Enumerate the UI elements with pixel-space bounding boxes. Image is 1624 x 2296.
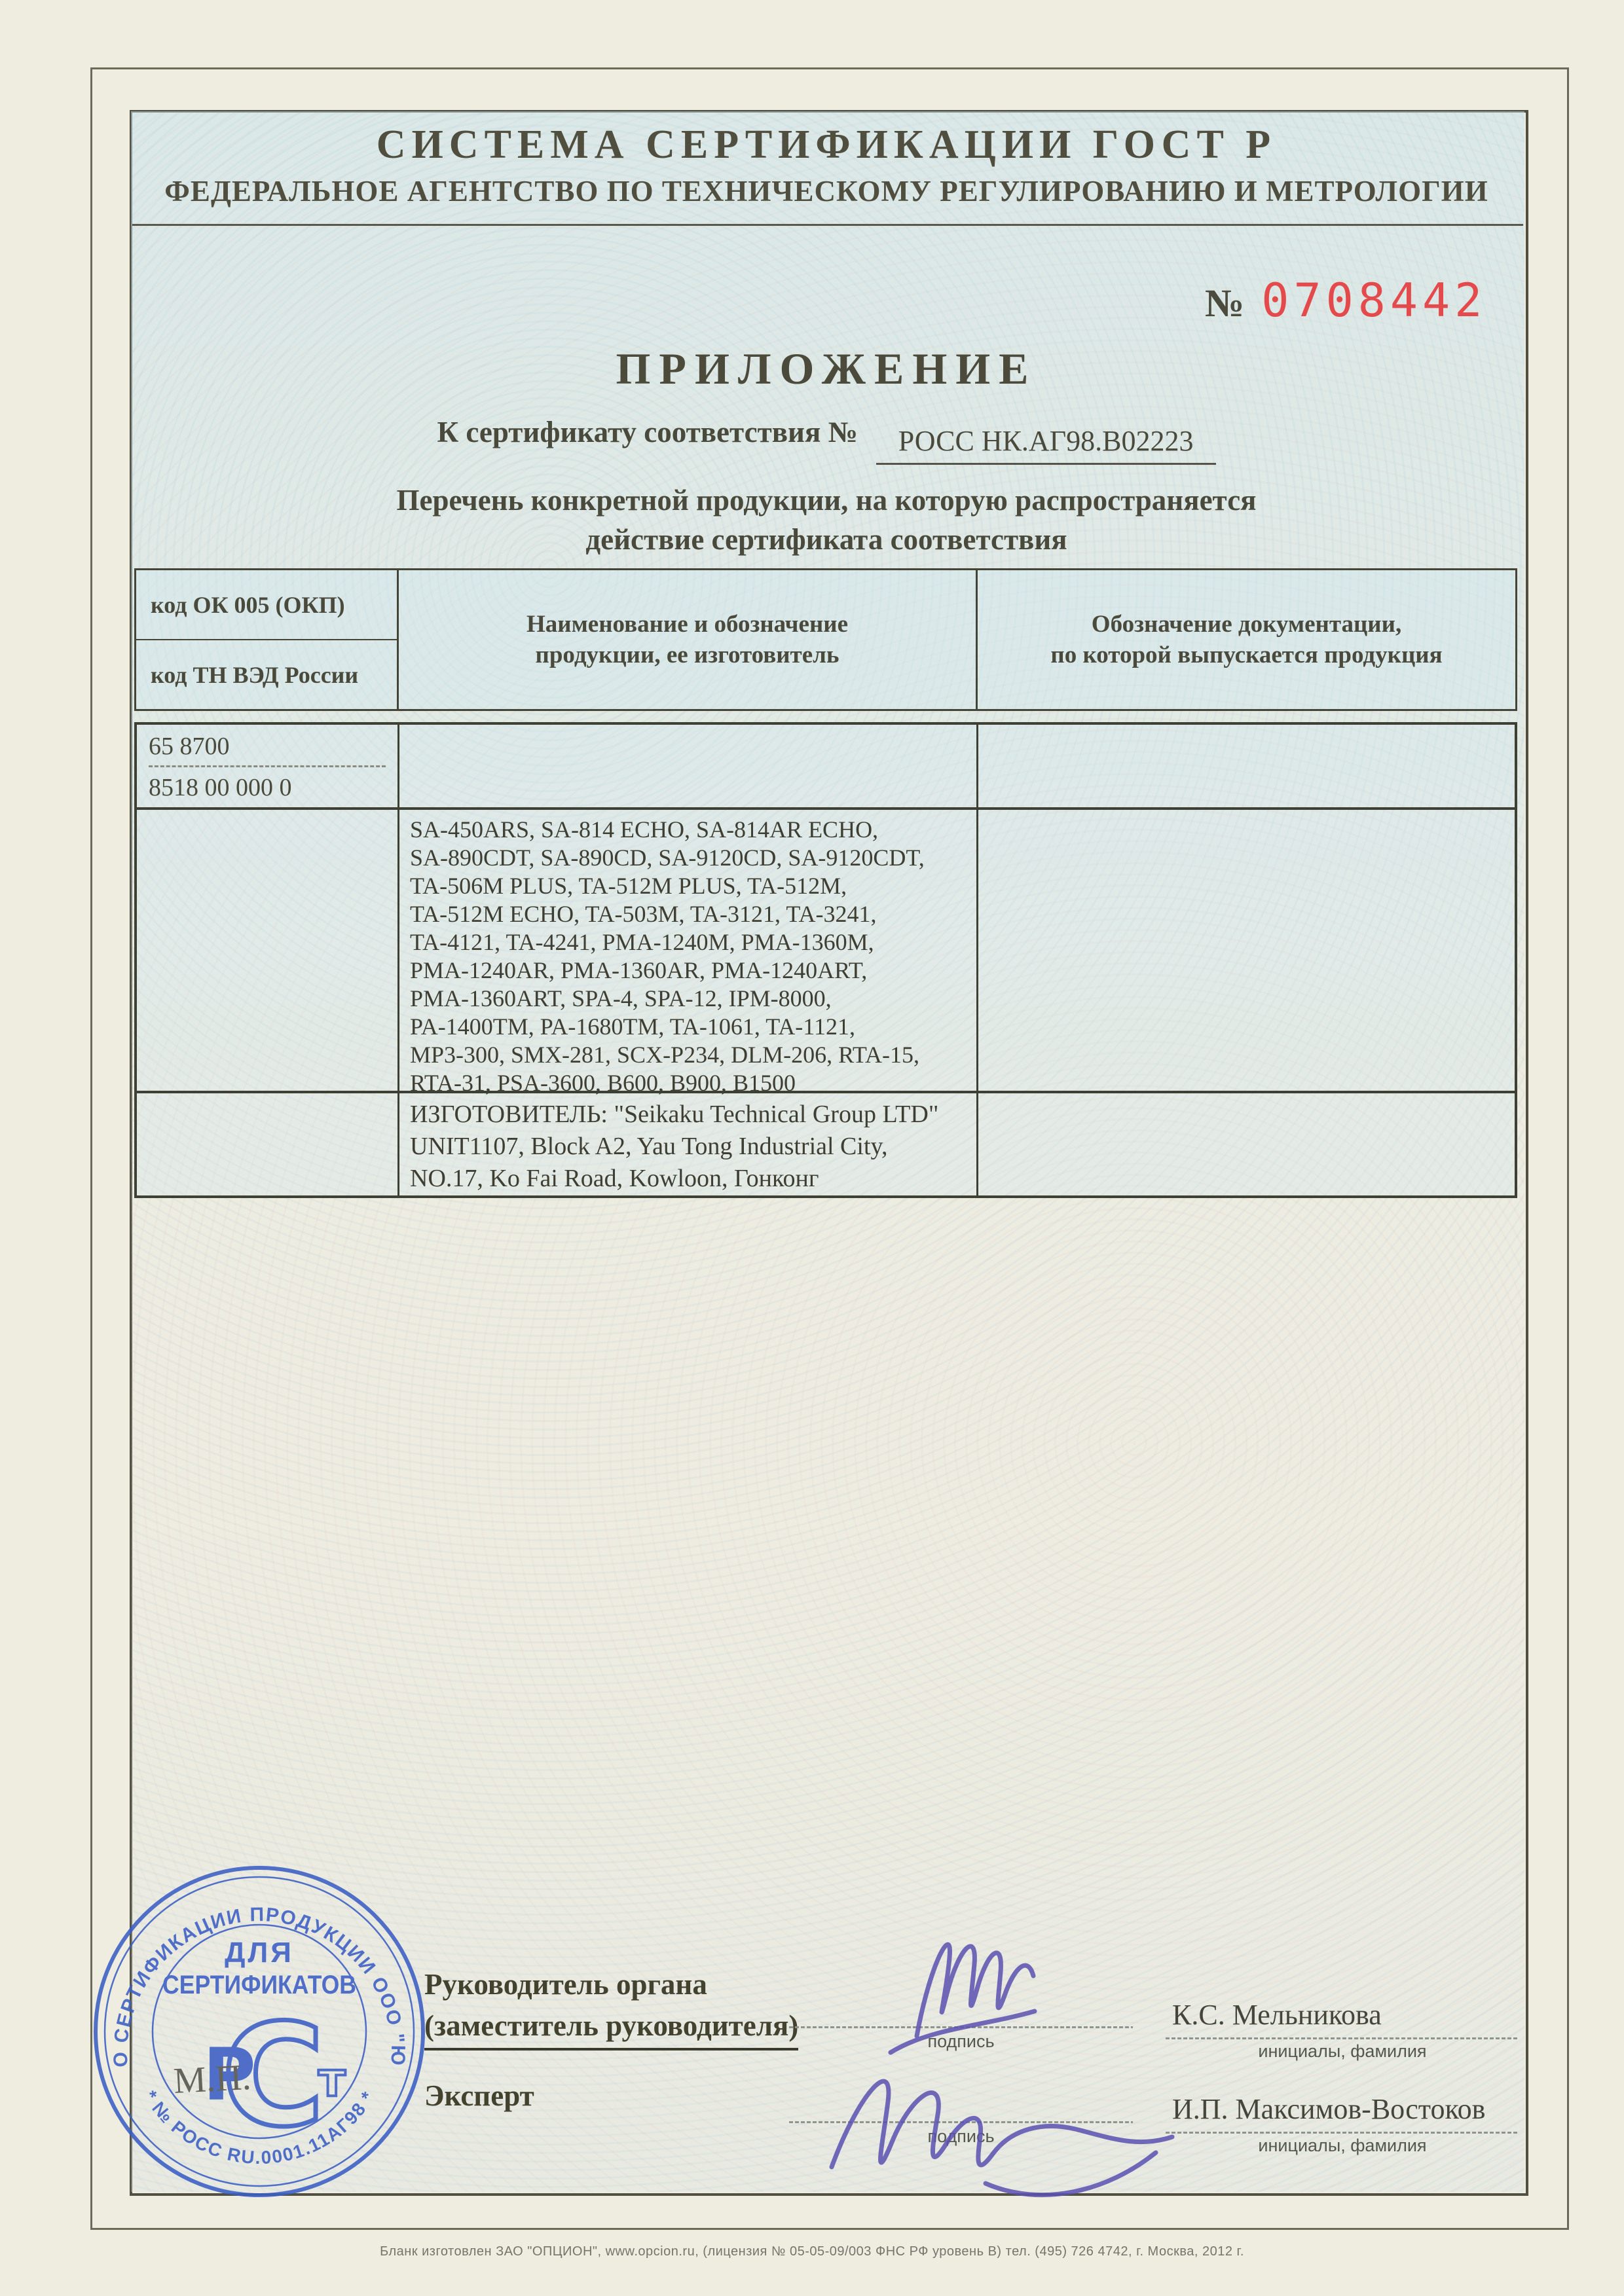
role-expert: Эксперт	[424, 2079, 534, 2113]
row3-docs-cell-empty	[976, 1093, 1515, 1195]
text-line: PA-1400TM, PA-1680TM, TA-1061, TA-1121,	[410, 1013, 971, 1041]
certificate-number: РОСС НК.АГ98.В02223	[876, 424, 1216, 465]
system-title: СИСТЕМА СЕРТИФИКАЦИИ ГОСТ Р	[135, 122, 1518, 168]
page-title: ПРИЛОЖЕНИЕ	[135, 343, 1518, 395]
text-line: ИЗГОТОВИТЕЛЬ: "Seikaku Technical Group L…	[410, 1099, 971, 1131]
footer-imprint: Бланк изготовлен ЗАО "ОПЦИОН", www.opcio…	[0, 2244, 1624, 2259]
name-caption-1: инициалы, фамилия	[1166, 2041, 1519, 2062]
role-head-of-body: Руководитель органа	[424, 1967, 707, 2001]
row1-docs-cell-empty	[976, 725, 1515, 810]
text-line: по которой выпускается продукция	[978, 640, 1515, 670]
stamp-mp-mark: М.П.	[172, 2057, 251, 2102]
header-col-documentation: Обозначение документации,по которой выпу…	[976, 570, 1515, 709]
name-caption-2: инициалы, фамилия	[1166, 2136, 1519, 2156]
text-line: TA-506M PLUS, TA-512M PLUS, TA-512M,	[410, 872, 971, 900]
manufacturer-cell: ИЗГОТОВИТЕЛЬ: "Seikaku Technical Group L…	[397, 1093, 976, 1195]
name-line-1	[1166, 2037, 1519, 2039]
text-line: Обозначение документации,	[978, 609, 1515, 640]
row1-product-cell-empty	[397, 725, 976, 810]
tnved-code-value: 8518 00 000 0	[149, 773, 386, 803]
text-line: UNIT1107, Block A2, Yau Tong Industrial …	[410, 1131, 971, 1163]
agency-title: ФЕДЕРАЛЬНОЕ АГЕНТСТВО ПО ТЕХНИЧЕСКОМУ РЕ…	[135, 174, 1518, 208]
certification-stamp: ОРГАН ПО СЕРТИФИКАЦИИ ПРОДУКЦИИ ООО "ЮгР…	[90, 1863, 428, 2200]
subtitle-line-2: действие сертификата соответствия	[135, 522, 1518, 556]
text-line: Наименование и обозначение	[399, 609, 976, 640]
name-line-2	[1166, 2132, 1519, 2134]
rst-mark-t: т	[318, 2052, 346, 2107]
form-number: № 0708442	[1205, 274, 1486, 327]
text-line: MP3-300, SMX-281, SCX-P234, DLM-206, RTA…	[410, 1041, 971, 1069]
text-line: PMA-1360ART, SPA-4, SPA-12, IPM-8000,	[410, 985, 971, 1013]
handwritten-signatures	[753, 1886, 1211, 2200]
text-line: TA-4121, TA-4241, PMA-1240M, PMA-1360M,	[410, 928, 971, 957]
header-col-codes: код ОК 005 (ОКП) код ТН ВЭД России	[136, 570, 397, 709]
row3-codes-cell-empty	[137, 1093, 397, 1195]
text-line: SA-890CDT, SA-890CD, SA-9120CD, SA-9120C…	[410, 844, 971, 872]
codes-dashed-divider	[149, 765, 386, 767]
product-list-cell: SA-450ARS, SA-814 ECHO, SA-814AR ECHO,SA…	[397, 810, 976, 1093]
products-table-header: код ОК 005 (ОКП) код ТН ВЭД России Наиме…	[134, 568, 1517, 711]
code-tnved-header: код ТН ВЭД России	[136, 640, 397, 709]
row2-codes-cell-empty	[137, 810, 397, 1093]
numero-sign: №	[1205, 281, 1244, 326]
code-okp-header: код ОК 005 (ОКП)	[136, 570, 397, 640]
certificate-appendix-page: СИСТЕМА СЕРТИФИКАЦИИ ГОСТ Р ФЕДЕРАЛЬНОЕ …	[0, 0, 1624, 2296]
text-line: TA-512M ECHO, TA-503M, TA-3121, TA-3241,	[410, 900, 971, 928]
text-line: NO.17, Ko Fai Road, Kowloon, Гонконг	[410, 1163, 971, 1195]
stamp-line-1: ДЛЯ	[225, 1937, 294, 1969]
codes-cell: 65 8700 8518 00 000 0	[137, 725, 397, 810]
text-line: продукции, ее изготовитель	[399, 640, 976, 670]
text-line: PMA-1240AR, PMA-1360AR, PMA-1240ART,	[410, 957, 971, 985]
signature-scribble-1	[891, 1944, 1035, 2052]
signature-scribble-2	[832, 2081, 1172, 2195]
form-number-value: 0708442	[1261, 274, 1486, 327]
text-line: SA-450ARS, SA-814 ECHO, SA-814AR ECHO,	[410, 816, 971, 844]
certificate-label: К сертификату соответствия №	[437, 415, 858, 449]
certificate-line: К сертификату соответствия № РОСС НК.АГ9…	[135, 415, 1518, 465]
header-separator-line	[132, 224, 1523, 226]
products-table-body: 65 8700 8518 00 000 0 SA-450ARS, SA-814 …	[134, 722, 1517, 1198]
okp-code-value: 65 8700	[149, 731, 386, 761]
header-col-product-name: Наименование и обозначениепродукции, ее …	[397, 570, 976, 709]
row2-docs-cell-empty	[976, 810, 1515, 1093]
role-deputy-head: (заместитель руководителя)	[424, 2009, 798, 2050]
signer-name-2: И.П. Максимов-Востоков	[1172, 2092, 1485, 2126]
subtitle-line-1: Перечень конкретной продукции, на котору…	[135, 483, 1518, 517]
